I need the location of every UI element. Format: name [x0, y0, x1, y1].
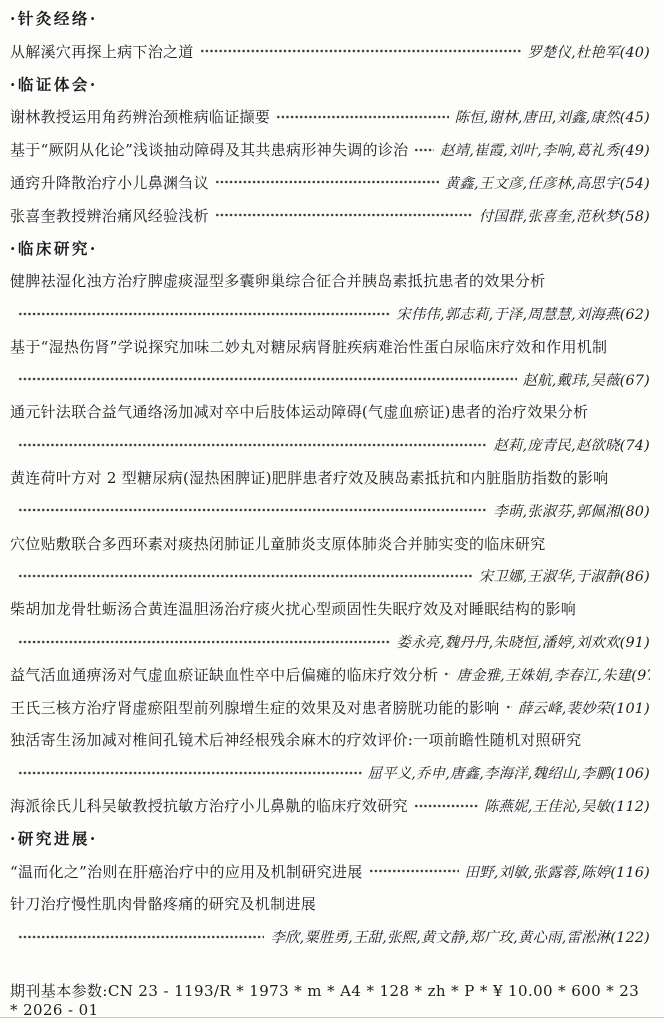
dot-leader: [414, 144, 434, 156]
article-title: 针刀治疗慢性肌肉骨骼疼痛的研究及机制进展: [10, 893, 316, 914]
section-header-acupuncture-meridians: ·针灸经络·: [10, 2, 650, 35]
article-byline: 陈燕妮,王佳沁,吴敏112: [484, 795, 650, 816]
toc-entry-authors-line: 赵航,戴玮,吴薇67: [10, 363, 650, 396]
article-byline: 屈平义,乔申,唐鑫,李海洋,魏绍山,李鹏106: [368, 762, 650, 783]
toc-entry-authors-line: 赵莉,庞青民,赵欲晓74: [10, 428, 650, 461]
dot-leader: [18, 373, 517, 385]
dot-leader: [18, 570, 473, 582]
page-number: 58: [620, 209, 650, 225]
article-authors: 唐金雅,王姝娟,李春江,朱建: [456, 668, 631, 684]
toc-entry-authors-line: 屈平义,乔申,唐鑫,李海洋,魏绍山,李鹏106: [10, 756, 650, 789]
page-number: 122: [610, 930, 650, 946]
article-authors: 赵航,戴玮,吴薇: [523, 373, 620, 389]
article-authors: 罗楚仪,杜艳军: [527, 45, 619, 61]
article-byline: 娄永亮,魏丹丹,朱晓恒,潘婷,刘欢欢91: [396, 631, 650, 652]
toc-entry-authors-line: 宋伟伟,郭志莉,于泽,周慧慧,刘海燕62: [10, 297, 650, 330]
article-byline: 黄鑫,王文彦,任彦林,高思宇54: [445, 172, 650, 193]
dot-leader: [444, 668, 450, 680]
article-authors: 宋伟伟,郭志莉,于泽,周慧慧,刘海燕: [396, 307, 619, 323]
article-title: 通元针法联合益气通络汤加减对卒中后肢体运动障碍(气虚血瘀证)患者的治疗效果分析: [10, 401, 588, 422]
dot-leader: [414, 800, 478, 812]
toc-entry-title-line: 独活寄生汤加减对椎间孔镜术后神经根残余麻木的疗效评价:一项前瞻性随机对照研究: [10, 724, 650, 757]
page-number: 86: [620, 569, 650, 585]
article-title: 基于“厥阴从化论”浅谈抽动障碍及其共患病形神失调的诊治: [10, 139, 408, 160]
article-byline: 赵航,戴玮,吴薇67: [523, 369, 650, 390]
article-byline: 唐金雅,王姝娟,李春江,朱建97: [456, 664, 650, 685]
page-bottom-rule: [0, 1017, 664, 1018]
toc-entry: 王氏三核方治疗肾虚瘀阻型前列腺增生症的效果及对患者膀胱功能的影响 薛云峰,裴妙荣…: [10, 691, 650, 724]
article-byline: 陈恒,谢林,唐田,刘鑫,康然45: [455, 106, 650, 127]
toc-entry-authors-line: 宋卫娜,王淑华,于淑静86: [10, 560, 650, 593]
page-number: 67: [620, 373, 650, 389]
article-title: 海派徐氏儿科吴敏教授抗敏方治疗小儿鼻鼽的临床疗效研究: [10, 795, 408, 816]
toc-entry: 张喜奎教授辨治痛风经验浅析 付国群,张喜奎,范秋梦58: [10, 199, 650, 232]
toc-entry-title-line: 黄连荷叶方对 2 型糖尿病(湿热困脾证)肥胖患者疗效及胰岛素抵抗和内脏脂肪指数的…: [10, 461, 650, 494]
article-authors: 赵靖,崔霞,刘叶,李响,葛礼秀: [440, 143, 620, 159]
article-title: 张喜奎教授辨治痛风经验浅析: [10, 205, 209, 226]
page-number: 62: [620, 307, 650, 323]
article-byline: 赵靖,崔霞,刘叶,李响,葛礼秀49: [440, 139, 650, 160]
article-authors: 娄永亮,魏丹丹,朱晓恒,潘婷,刘欢欢: [396, 635, 619, 651]
toc-entry-title-line: 穴位贴敷联合多西环素对痰热闭肺证儿童肺炎支原体肺炎合并肺实变的临床研究: [10, 527, 650, 560]
toc-entry-title-line: 针刀治疗慢性肌肉骨骼疼痛的研究及机制进展: [10, 888, 650, 921]
dot-leader: [18, 504, 487, 516]
article-title: 独活寄生汤加减对椎间孔镜术后神经根残余麻木的疗效评价:一项前瞻性随机对照研究: [10, 729, 581, 750]
toc-entry-title-line: 基于“湿热伤肾”学说探究加味二妙丸对糖尿病肾脏疾病难治性蛋白尿临床疗效和作用机制: [10, 330, 650, 363]
journal-parameters-text: 期刊基本参数:CN 23 - 1193/R * 1973 * m * A4 * …: [10, 980, 650, 1019]
article-title: “温而化之”治则在肝癌治疗中的应用及机制研究进展: [10, 861, 363, 882]
dot-leader: [18, 439, 487, 451]
section-header-label: ·临床研究·: [10, 237, 98, 259]
dot-leader: [506, 701, 512, 713]
article-title: 谢林教授运用角药辨治颈椎病临证撷要: [10, 106, 270, 127]
page-number: 45: [620, 110, 650, 126]
dot-leader: [200, 45, 522, 57]
section-header-label: ·临证体会·: [10, 73, 98, 95]
section-header-clinical-experience: ·临证体会·: [10, 68, 650, 101]
journal-toc-page: { "page": { "background": "#fdfdfc", "te…: [0, 0, 664, 1023]
page-number: 49: [620, 143, 650, 159]
article-byline: 李萌,张淑芬,郭佩湘80: [493, 500, 650, 521]
article-byline: 赵莉,庞青民,赵欲晓74: [493, 434, 650, 455]
article-byline: 李欣,粟胜勇,王甜,张熙,黄文静,郑广玫,黄心雨,雷淞淋122: [270, 926, 650, 947]
page-number: 91: [620, 635, 650, 651]
toc-entry: 基于“厥阴从化论”浅谈抽动障碍及其共患病形神失调的诊治 赵靖,崔霞,刘叶,李响,…: [10, 133, 650, 166]
section-header-label: ·研究进展·: [10, 827, 98, 849]
article-authors: 李萌,张淑芬,郭佩湘: [493, 504, 619, 520]
page-number: 74: [620, 438, 650, 454]
toc-entry-title-line: 柴胡加龙骨牡蛎汤合黄连温胆汤治疗痰火扰心型顽固性失眠疗效及对睡眠结构的影响: [10, 592, 650, 625]
article-authors: 屈平义,乔申,唐鑫,李海洋,魏绍山,李鹏: [368, 766, 611, 782]
page-number: 80: [620, 504, 650, 520]
article-byline: 薛云峰,裴妙荣101: [518, 697, 650, 718]
page-number: 97: [631, 668, 650, 684]
toc-entry: 海派徐氏儿科吴敏教授抗敏方治疗小儿鼻鼽的临床疗效研究 陈燕妮,王佳沁,吴敏112: [10, 789, 650, 822]
section-header-label: ·针灸经络·: [10, 7, 98, 29]
article-title: 黄连荷叶方对 2 型糖尿病(湿热困脾证)肥胖患者疗效及胰岛素抵抗和内脏脂肪指数的…: [10, 467, 608, 488]
toc-entry: 益气活血通痹汤对气虚血瘀证缺血性卒中后偏瘫的临床疗效分析 唐金雅,王姝娟,李春江…: [10, 658, 650, 691]
toc-entry: 谢林教授运用角药辨治颈椎病临证撷要 陈恒,谢林,唐田,刘鑫,康然45: [10, 100, 650, 133]
article-byline: 宋卫娜,王淑华,于淑静86: [479, 565, 650, 586]
toc-entry-authors-line: 李萌,张淑芬,郭佩湘80: [10, 494, 650, 527]
dot-leader: [18, 308, 390, 320]
article-authors: 薛云峰,裴妙荣: [518, 701, 610, 717]
toc-entry-authors-line: 李欣,粟胜勇,王甜,张熙,黄文静,郑广玫,黄心雨,雷淞淋122: [10, 920, 650, 953]
dot-leader: [276, 111, 449, 123]
toc-entry-title-line: 通元针法联合益气通络汤加减对卒中后肢体运动障碍(气虚血瘀证)患者的治疗效果分析: [10, 396, 650, 429]
toc-entry-title-line: 健脾祛湿化浊方治疗脾虚痰湿型多囊卵巢综合征合并胰岛素抵抗患者的效果分析: [10, 264, 650, 297]
dot-leader: [369, 865, 459, 877]
article-title: 柴胡加龙骨牡蛎汤合黄连温胆汤治疗痰火扰心型顽固性失眠疗效及对睡眠结构的影响: [10, 598, 576, 619]
article-title: 穴位贴敷联合多西环素对痰热闭肺证儿童肺炎支原体肺炎合并肺实变的临床研究: [10, 533, 546, 554]
article-title: 从解溪穴再探上病下治之道: [10, 41, 194, 62]
toc-entry: 从解溪穴再探上病下治之道 罗楚仪,杜艳军40: [10, 35, 650, 68]
table-of-contents: ·针灸经络· 从解溪穴再探上病下治之道 罗楚仪,杜艳军40 ·临证体会· 谢林教…: [0, 0, 664, 1016]
dot-leader: [18, 931, 264, 943]
dot-leader: [215, 176, 439, 188]
toc-entry: 通窍升降散治疗小儿鼻渊刍议 黄鑫,王文彦,任彦林,高思宇54: [10, 166, 650, 199]
dot-leader: [18, 636, 390, 648]
toc-entry: “温而化之”治则在肝癌治疗中的应用及机制研究进展 田野,刘敏,张露蓉,陈婷116: [10, 855, 650, 888]
article-title: 健脾祛湿化浊方治疗脾虚痰湿型多囊卵巢综合征合并胰岛素抵抗患者的效果分析: [10, 270, 546, 291]
article-authors: 陈恒,谢林,唐田,刘鑫,康然: [455, 110, 620, 126]
article-byline: 宋伟伟,郭志莉,于泽,周慧慧,刘海燕62: [396, 303, 650, 324]
article-authors: 赵莉,庞青民,赵欲晓: [493, 438, 619, 454]
article-title: 王氏三核方治疗肾虚瘀阻型前列腺增生症的效果及对患者膀胱功能的影响: [10, 697, 500, 718]
article-authors: 田野,刘敏,张露蓉,陈婷: [465, 865, 611, 881]
journal-parameters: 期刊基本参数:CN 23 - 1193/R * 1973 * m * A4 * …: [10, 982, 650, 1016]
article-authors: 李欣,粟胜勇,王甜,张熙,黄文静,郑广玫,黄心雨,雷淞淋: [270, 930, 610, 946]
page-number: 106: [610, 766, 650, 782]
article-authors: 宋卫娜,王淑华,于淑静: [479, 569, 620, 585]
article-byline: 田野,刘敏,张露蓉,陈婷116: [465, 861, 650, 882]
page-number: 112: [610, 799, 650, 815]
page-number: 54: [620, 176, 650, 192]
section-header-research-progress: ·研究进展·: [10, 822, 650, 855]
article-title: 基于“湿热伤肾”学说探究加味二妙丸对糖尿病肾脏疾病难治性蛋白尿临床疗效和作用机制: [10, 336, 607, 357]
article-authors: 黄鑫,王文彦,任彦林,高思宇: [445, 176, 620, 192]
article-title: 通窍升降散治疗小儿鼻渊刍议: [10, 172, 209, 193]
toc-entry-authors-line: 娄永亮,魏丹丹,朱晓恒,潘婷,刘欢欢91: [10, 625, 650, 658]
article-authors: 陈燕妮,王佳沁,吴敏: [484, 799, 610, 815]
article-authors: 付国群,张喜奎,范秋梦: [479, 209, 620, 225]
page-number: 40: [620, 45, 650, 61]
dot-leader: [18, 767, 362, 779]
article-byline: 罗楚仪,杜艳军40: [527, 41, 650, 62]
article-title: 益气活血通痹汤对气虚血瘀证缺血性卒中后偏瘫的临床疗效分析: [10, 664, 438, 685]
page-number: 101: [610, 701, 650, 717]
article-byline: 付国群,张喜奎,范秋梦58: [479, 205, 650, 226]
dot-leader: [215, 209, 473, 221]
section-header-clinical-research: ·临床研究·: [10, 232, 650, 265]
page-number: 116: [610, 865, 650, 881]
